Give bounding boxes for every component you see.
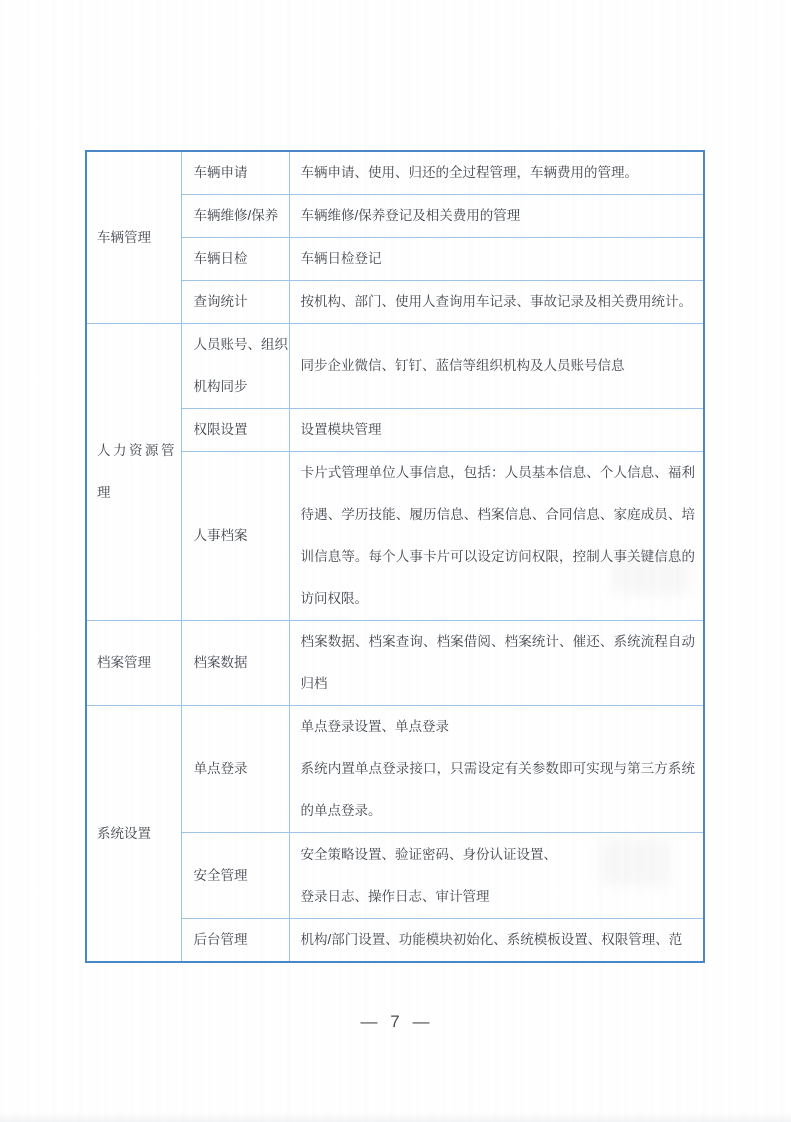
feature-cell: 查询统计 bbox=[181, 281, 289, 324]
feature-cell: 人事档案 bbox=[181, 452, 289, 621]
description-cell: 同步企业微信、钉钉、蓝信等组织机构及人员账号信息 bbox=[289, 324, 704, 409]
module-cell-system-settings: 系统设置 bbox=[86, 706, 181, 963]
description-cell: 车辆申请、使用、归还的全过程管理，车辆费用的管理。 bbox=[289, 151, 704, 195]
description-cell: 机构/部门设置、功能模块初始化、系统模板设置、权限管理、范 bbox=[289, 919, 704, 963]
page-number: — 7 — bbox=[0, 1012, 791, 1032]
description-cell: 车辆日检登记 bbox=[289, 238, 704, 281]
feature-cell: 车辆申请 bbox=[181, 151, 289, 195]
description-cell: 安全策略设置、验证密码、身份认证设置、 登录日志、操作日志、审计管理 bbox=[289, 833, 704, 919]
table-row: 档案管理 档案数据 档案数据、档案查询、档案借阅、档案统计、催还、系统流程自动归… bbox=[86, 621, 704, 706]
feature-cell: 车辆维修/保养 bbox=[181, 195, 289, 238]
description-cell: 档案数据、档案查询、档案借阅、档案统计、催还、系统流程自动归档 bbox=[289, 621, 704, 706]
description-cell: 卡片式管理单位人事信息，包括：人员基本信息、个人信息、福利待遇、学历技能、履历信… bbox=[289, 452, 704, 621]
feature-cell: 车辆日检 bbox=[181, 238, 289, 281]
description-cell: 车辆维修/保养登记及相关费用的管理 bbox=[289, 195, 704, 238]
module-cell-archive-management: 档案管理 bbox=[86, 621, 181, 706]
feature-cell: 后台管理 bbox=[181, 919, 289, 963]
description-cell: 设置模块管理 bbox=[289, 409, 704, 452]
feature-cell: 安全管理 bbox=[181, 833, 289, 919]
feature-cell: 单点登录 bbox=[181, 706, 289, 833]
table-row: 人力资源管理 人员账号、组织机构同步 同步企业微信、钉钉、蓝信等组织机构及人员账… bbox=[86, 324, 704, 409]
description-cell: 按机构、部门、使用人查询用车记录、事故记录及相关费用统计。 bbox=[289, 281, 704, 324]
table-row: 车辆管理 车辆申请 车辆申请、使用、归还的全过程管理，车辆费用的管理。 bbox=[86, 151, 704, 195]
feature-cell: 权限设置 bbox=[181, 409, 289, 452]
module-cell-hr-management: 人力资源管理 bbox=[86, 324, 181, 621]
module-cell-vehicle-management: 车辆管理 bbox=[86, 151, 181, 324]
feature-cell: 人员账号、组织机构同步 bbox=[181, 324, 289, 409]
module-feature-table: 车辆管理 车辆申请 车辆申请、使用、归还的全过程管理，车辆费用的管理。 车辆维修… bbox=[85, 150, 705, 963]
document-page: 车辆管理 车辆申请 车辆申请、使用、归还的全过程管理，车辆费用的管理。 车辆维修… bbox=[0, 0, 791, 1122]
feature-cell: 档案数据 bbox=[181, 621, 289, 706]
description-cell: 单点登录设置、单点登录 系统内置单点登录接口，只需设定有关参数即可实现与第三方系… bbox=[289, 706, 704, 833]
table-row: 系统设置 单点登录 单点登录设置、单点登录 系统内置单点登录接口，只需设定有关参… bbox=[86, 706, 704, 833]
scan-edge-shadow bbox=[0, 1112, 791, 1122]
